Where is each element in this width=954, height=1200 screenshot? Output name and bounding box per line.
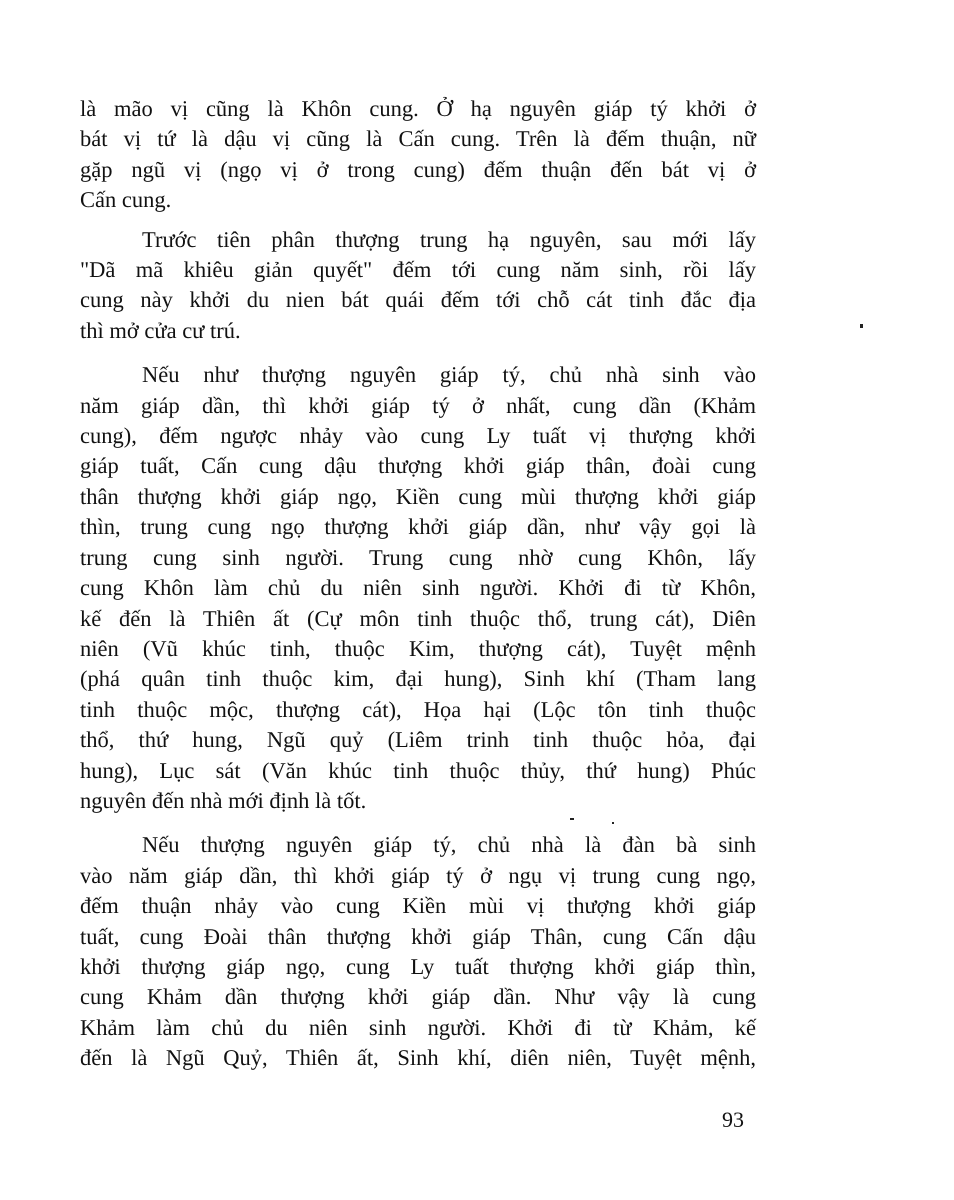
paragraph-1: là mão vị cũng là Khôn cung. Ở hạ nguyên… <box>80 94 756 216</box>
text-line: năm giáp dần, thì khởi giáp tý ở nhất, c… <box>80 391 756 421</box>
text-line: thổ, thứ hung, Ngũ quỷ (Liêm trinh tinh … <box>80 725 756 755</box>
text-line: cung Khảm dần thượng khởi giáp dần. Như … <box>80 982 756 1012</box>
text-line: thì mở cửa cư trú. <box>80 316 756 346</box>
text-line: niên (Vũ khúc tinh, thuộc Kim, thượng cá… <box>80 634 756 664</box>
text-line: Cấn cung. <box>80 185 756 215</box>
text-line: Nếu như thượng nguyên giáp tý, chủ nhà s… <box>80 360 756 390</box>
text-line: Khảm làm chủ du niên sinh người. Khởi đi… <box>80 1013 756 1043</box>
text-line: hung), Lục sát (Văn khúc tinh thuộc thủy… <box>80 756 756 786</box>
text-line: tinh thuộc mộc, thượng cát), Họa hại (Lộ… <box>80 695 756 725</box>
text-line: đếm thuận nhảy vào cung Kiền mùi vị thượ… <box>80 891 756 921</box>
text-line: khởi thượng giáp ngọ, cung Ly tuất thượn… <box>80 952 756 982</box>
text-line: thân thượng khởi giáp ngọ, Kiền cung mùi… <box>80 482 756 512</box>
scanned-book-page: là mão vị cũng là Khôn cung. Ở hạ nguyên… <box>0 0 954 1200</box>
text-line: nguyên đến nhà mới định là tốt. <box>80 786 756 816</box>
text-line: Nếu thượng nguyên giáp tý, chủ nhà là đà… <box>80 830 756 860</box>
text-line: cung Khôn làm chủ du niên sinh người. Kh… <box>80 573 756 603</box>
text-line: cung này khởi du nien bát quái đếm tới c… <box>80 285 756 315</box>
text-line: là mão vị cũng là Khôn cung. Ở hạ nguyên… <box>80 94 756 124</box>
text-line: thìn, trung cung ngọ thượng khởi giáp dầ… <box>80 512 756 542</box>
paragraph-2: Trước tiên phân thượng trung hạ nguyên, … <box>80 225 756 347</box>
body-text: là mão vị cũng là Khôn cung. Ở hạ nguyên… <box>80 94 756 1083</box>
text-line: cung), đếm ngược nhảy vào cung Ly tuất v… <box>80 421 756 451</box>
text-line: tuất, cung Đoài thân thượng khởi giáp Th… <box>80 922 756 952</box>
text-line: (phá quân tinh thuộc kim, đại hung), Sin… <box>80 664 756 694</box>
text-line: vào năm giáp dần, thì khởi giáp tý ở ngụ… <box>80 861 756 891</box>
page-number: 93 <box>722 1107 744 1133</box>
paragraph-4: Nếu thượng nguyên giáp tý, chủ nhà là đà… <box>80 830 756 1073</box>
text-line: Trước tiên phân thượng trung hạ nguyên, … <box>80 225 756 255</box>
text-line: trung cung sinh người. Trung cung nhờ cu… <box>80 543 756 573</box>
text-line: gặp ngũ vị (ngọ vị ở trong cung) đếm thu… <box>80 155 756 185</box>
scan-speck <box>612 822 614 824</box>
text-line: đến là Ngũ Quỷ, Thiên ất, Sinh khí, diên… <box>80 1043 756 1073</box>
paragraph-3: Nếu như thượng nguyên giáp tý, chủ nhà s… <box>80 360 756 816</box>
text-line: giáp tuất, Cấn cung dậu thượng khởi giáp… <box>80 451 756 481</box>
text-line: "Dã mã khiêu giản quyết" đếm tới cung nă… <box>80 255 756 285</box>
scan-speck <box>570 818 574 820</box>
text-line: kế đến là Thiên ất (Cự môn tinh thuộc th… <box>80 604 756 634</box>
scan-speck <box>860 324 863 328</box>
text-line: bát vị tứ là dậu vị cũng là Cấn cung. Tr… <box>80 124 756 154</box>
